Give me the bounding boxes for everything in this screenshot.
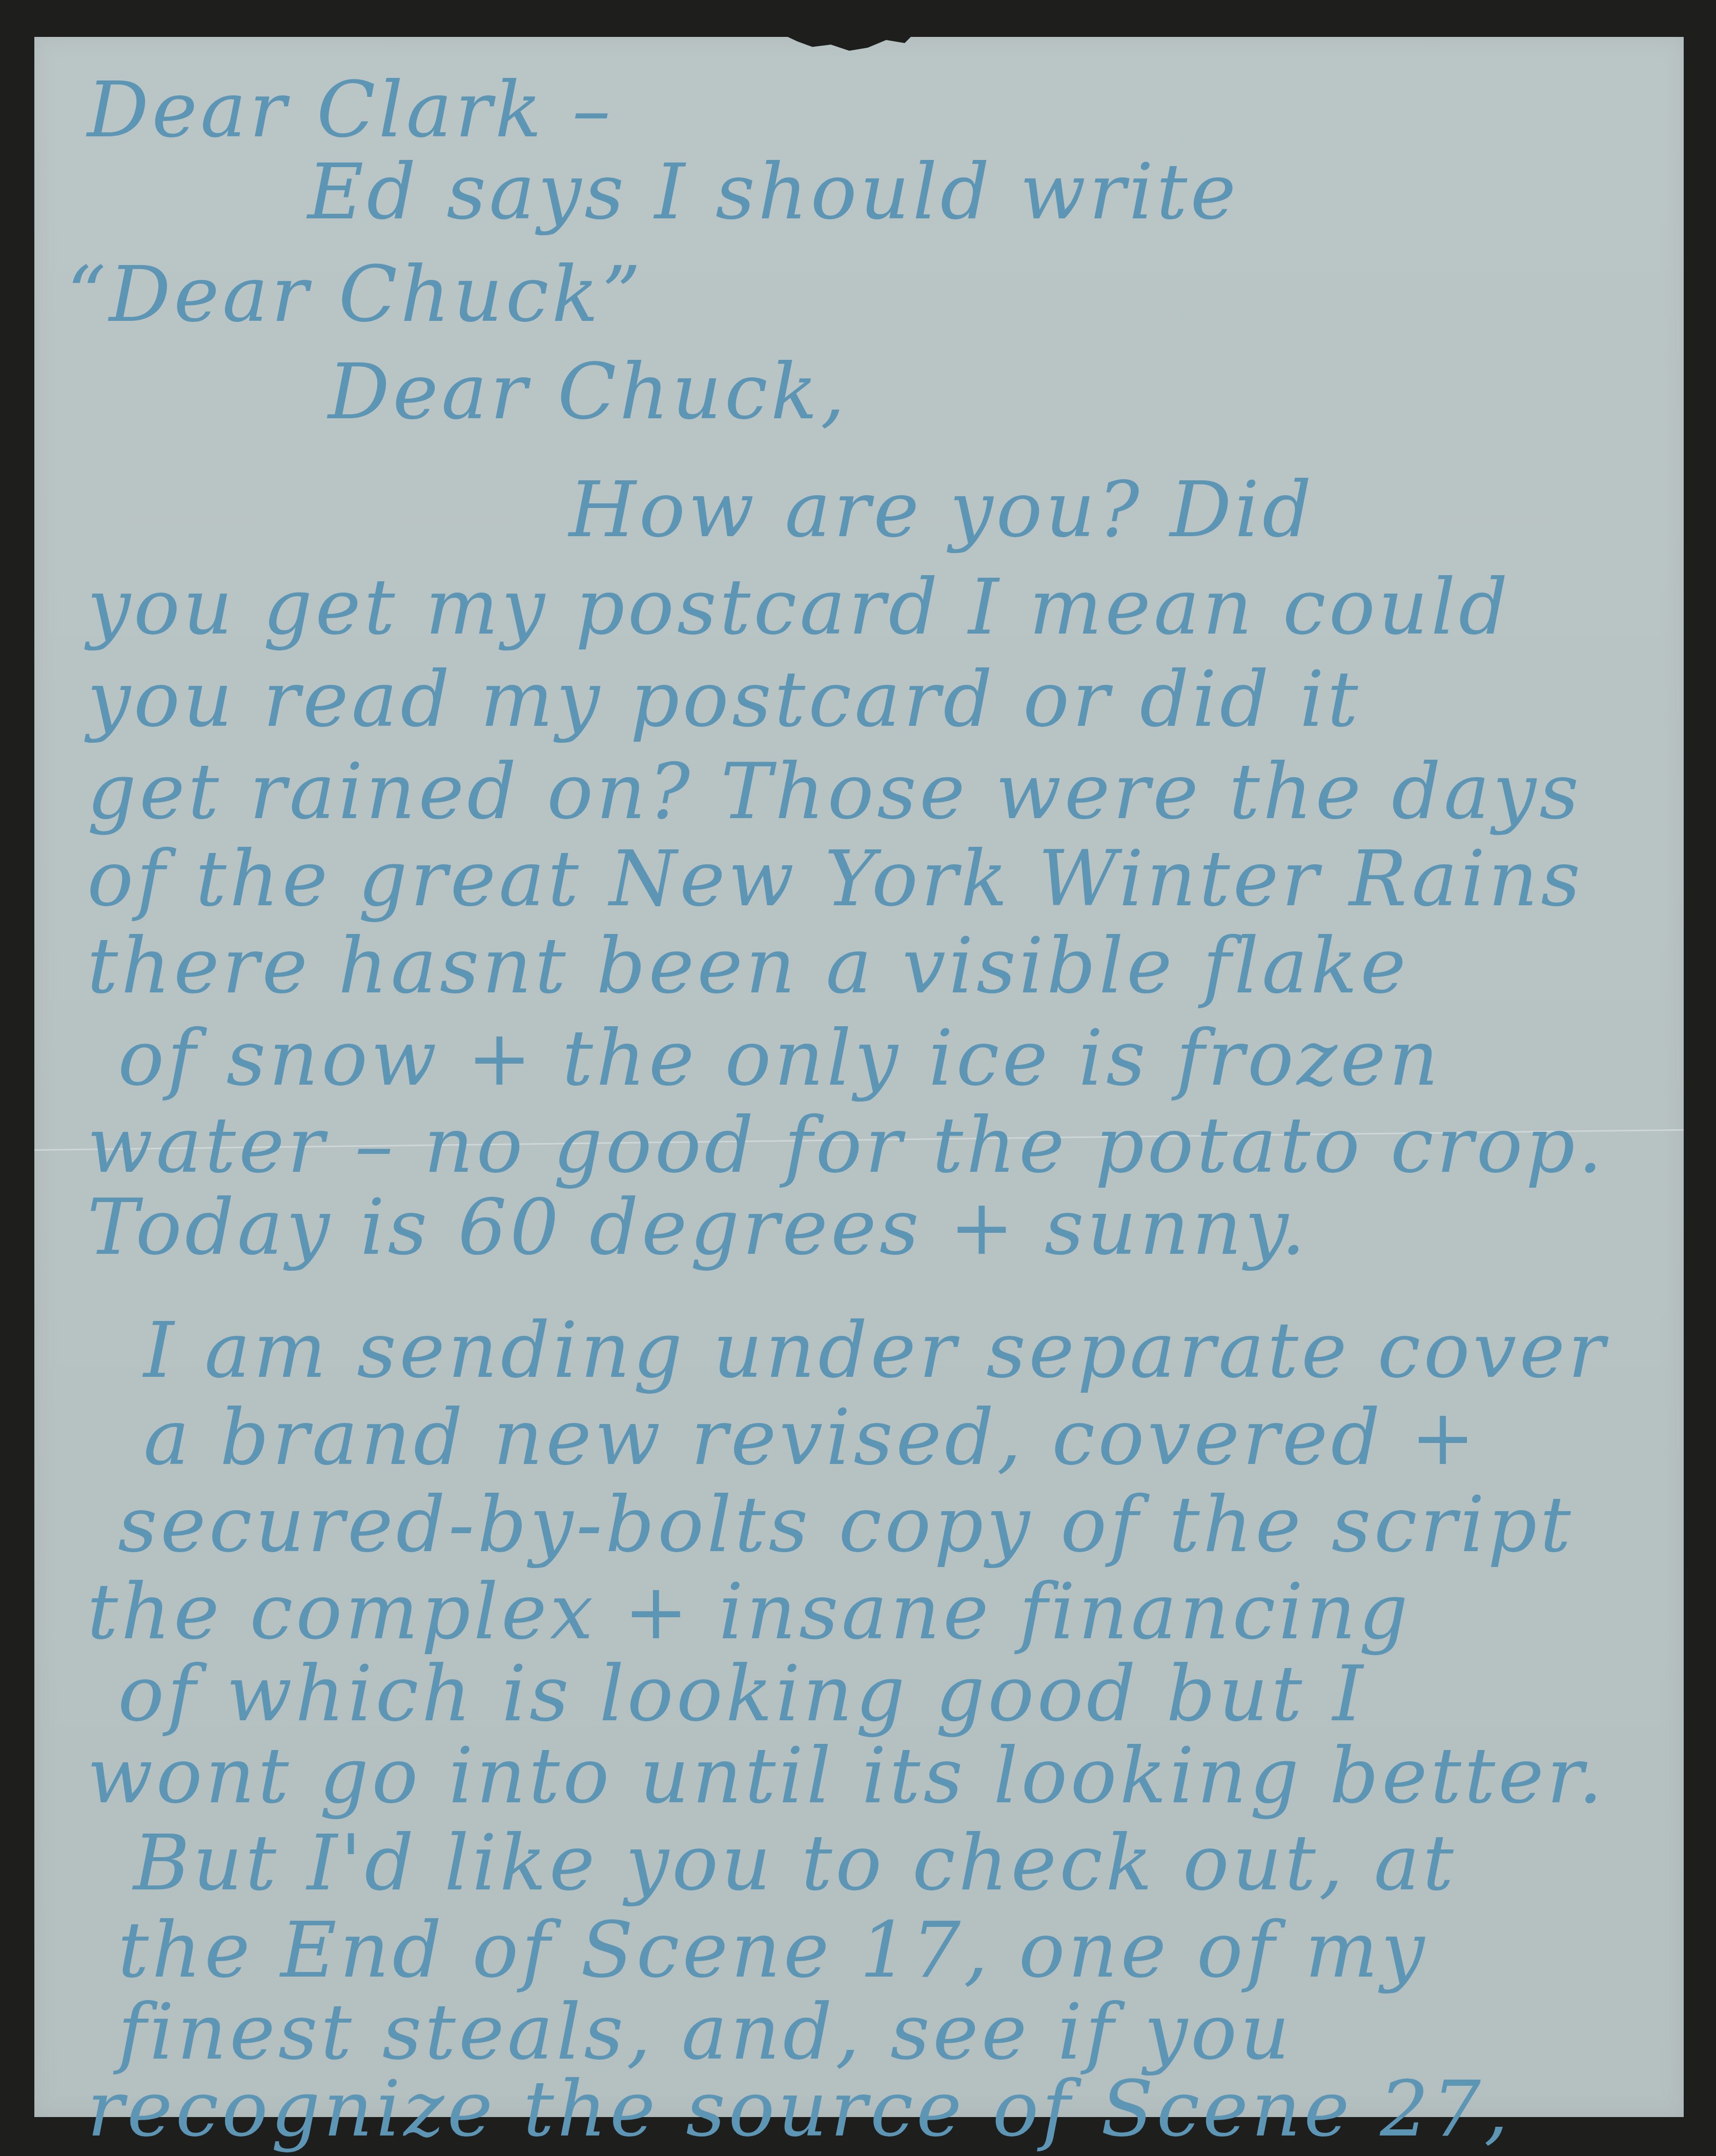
- letter-line: Ed says I should write: [308, 154, 1239, 231]
- handwritten-text: Dear Clark – Ed says I should write “Dea…: [34, 37, 1684, 2117]
- letter-line: get rained on? Those were the days: [87, 754, 1582, 830]
- letter-line: But I'd like you to check out, at: [133, 1825, 1457, 1902]
- letter-line: recognize the source of Scene 27,: [87, 2071, 1511, 2148]
- salutation: Dear Clark –: [87, 72, 614, 149]
- letter-line: I am sending under separate cover: [144, 1312, 1608, 1389]
- letter-line: of which is looking good but I: [118, 1656, 1366, 1733]
- letter-line: a brand new revised, covered +: [144, 1399, 1478, 1476]
- letter-line: How are you? Did: [569, 472, 1315, 548]
- letter-line: you get my postcard I mean could: [87, 569, 1511, 646]
- letter-line: the complex + insane financing: [87, 1574, 1411, 1651]
- letter-line: finest steals, and, see if you: [118, 1994, 1293, 2071]
- letter-line: the End of Scene 17, one of my: [118, 1912, 1427, 1989]
- letter-page: Dear Clark – Ed says I should write “Dea…: [34, 37, 1684, 2117]
- letter-line: of the great New York Winter Rains: [87, 841, 1583, 918]
- letter-line: “Dear Chuck”: [67, 256, 644, 333]
- letter-line: you read my postcard or did it: [87, 661, 1361, 738]
- letter-line: there hasnt been a visible flake: [87, 928, 1409, 1005]
- letter-line: Today is 60 degrees + sunny.: [87, 1189, 1309, 1266]
- letter-line: of snow + the only ice is frozen: [118, 1020, 1441, 1097]
- letter-line: wont go into until its looking better.: [87, 1738, 1606, 1815]
- letter-line: water – no good for the potato crop.: [87, 1107, 1605, 1184]
- salutation-revised: Dear Chuck,: [328, 354, 848, 431]
- letter-line: secured-by-bolts copy of the script: [118, 1487, 1574, 1563]
